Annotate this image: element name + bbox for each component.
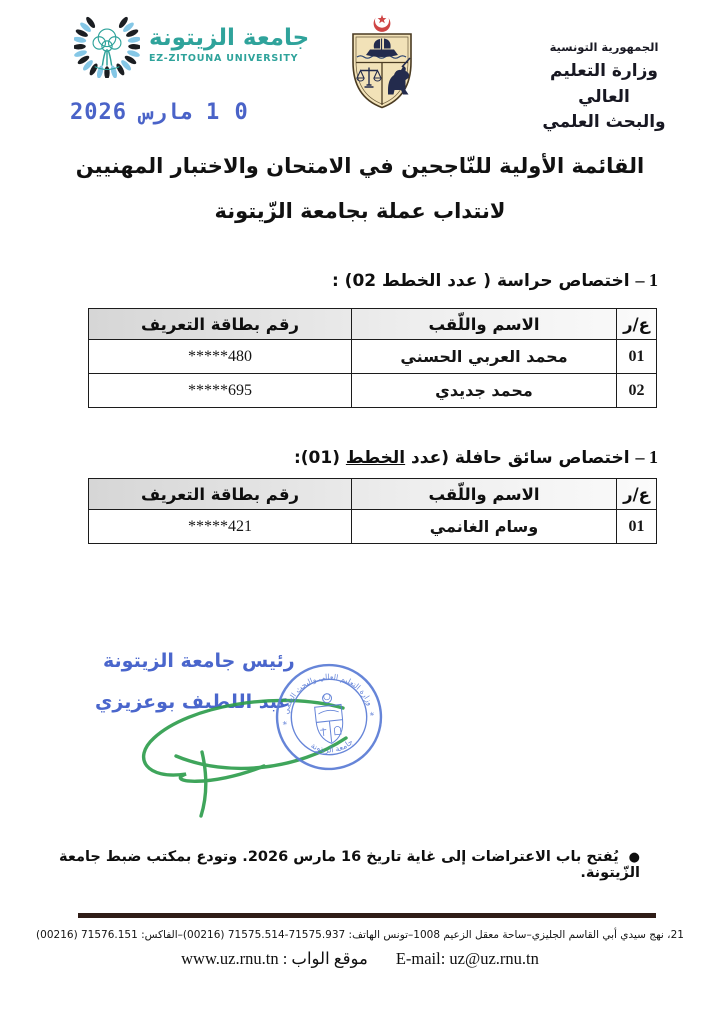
section-1-heading: 1 – اختصاص حراسة ( عدد الخطط 02) : bbox=[332, 270, 658, 291]
section-2-number: 1 – bbox=[636, 447, 659, 467]
date-stamp-year: 2026 bbox=[70, 100, 127, 125]
table-row: 01 وسام الغانمي *****421 bbox=[89, 510, 657, 544]
column-header-name: الاسم واللّقب bbox=[352, 479, 617, 510]
scanned-document-page: جامعة الزيتونة EZ-ZITOUNA UNIVERSITY الج… bbox=[0, 0, 720, 1024]
document-title-line2: لانتداب عملة بجامعة الزّيتونة bbox=[0, 189, 720, 234]
objection-note-text: يُفتح باب الاعتراضات إلى غاية تاريخ 16 م… bbox=[59, 849, 640, 881]
table-row: 02 محمد جديدي *****695 bbox=[89, 374, 657, 408]
email-link: E-mail: uz@uz.rnu.tn bbox=[396, 949, 539, 969]
ministry-label-line2: والبحث العلمي bbox=[524, 110, 684, 136]
serial-cell: 02 bbox=[617, 374, 657, 408]
section-1-title: اختصاص حراسة ( عدد الخطط 02) : bbox=[332, 271, 630, 291]
signatory-role: رئيس جامعة الزيتونة bbox=[103, 650, 295, 672]
bullet-icon: ● bbox=[629, 850, 640, 865]
official-round-stamp: وزارة التعليم العالي والبحث العلمي جامعة… bbox=[269, 657, 390, 778]
stamp-star-left-icon: * bbox=[282, 719, 288, 730]
name-cell: وسام الغانمي bbox=[352, 510, 617, 544]
serial-cell: 01 bbox=[617, 340, 657, 374]
section-2-heading: 1 – اختصاص سائق حافلة (عدد الخطط (01): bbox=[294, 447, 658, 468]
objection-note: ●يُفتح باب الاعتراضات إلى غاية تاريخ 16 … bbox=[0, 849, 640, 881]
university-logo: جامعة الزيتونة EZ-ZITOUNA UNIVERSITY bbox=[74, 12, 309, 78]
serial-cell: 01 bbox=[617, 510, 657, 544]
section-2-title-underlined: الخطط bbox=[346, 448, 405, 468]
section-2-title-part2: (01): bbox=[294, 448, 340, 468]
stamp-center-emblem-icon bbox=[313, 692, 345, 744]
date-stamp-day: 1 0 bbox=[206, 100, 249, 125]
id-cell: *****695 bbox=[89, 374, 352, 408]
column-header-name: الاسم واللّقب bbox=[352, 309, 617, 340]
footer-contact-line: موقع الواب : www.uz.rnu.tn E-mail: uz@uz… bbox=[0, 949, 720, 969]
column-header-id: رقم بطاقة التعريف bbox=[89, 479, 352, 510]
column-header-id: رقم بطاقة التعريف bbox=[89, 309, 352, 340]
name-cell: محمد جديدي bbox=[352, 374, 617, 408]
olive-wreath-tree-icon bbox=[74, 12, 140, 78]
section-2-title-part1: اختصاص سائق حافلة (عدد bbox=[411, 448, 630, 468]
table-row: 01 محمد العربي الحسني *****480 bbox=[89, 340, 657, 374]
footer-divider bbox=[78, 913, 656, 918]
government-header: الجمهورية التونسية وزارة التعليم العالي … bbox=[524, 40, 684, 136]
stamp-ring-bottom-text: جامعة الزيتونة bbox=[309, 737, 356, 757]
results-table-guarding: ع/ر الاسم واللّقب رقم بطاقة التعريف 01 م… bbox=[88, 308, 657, 408]
id-cell: *****480 bbox=[89, 340, 352, 374]
university-logo-text: جامعة الزيتونة EZ-ZITOUNA UNIVERSITY bbox=[149, 26, 309, 65]
id-cell: *****421 bbox=[89, 510, 352, 544]
document-title: القائمة الأولية للنّاجحين في الامتحان وا… bbox=[0, 144, 720, 234]
university-name-english: EZ-ZITOUNA UNIVERSITY bbox=[149, 54, 309, 64]
website-label: موقع الواب : bbox=[283, 949, 368, 968]
column-header-serial: ع/ر bbox=[617, 309, 657, 340]
results-table-bus-driver: ع/ر الاسم واللّقب رقم بطاقة التعريف 01 و… bbox=[88, 478, 657, 544]
table-header-row: ع/ر الاسم واللّقب رقم بطاقة التعريف bbox=[89, 479, 657, 510]
ministry-label-line1: وزارة التعليم العالي bbox=[524, 59, 684, 110]
date-stamp: 2026 مارس 1 0 bbox=[70, 100, 249, 125]
republic-label: الجمهورية التونسية bbox=[524, 40, 684, 54]
website-url: www.uz.rnu.tn bbox=[181, 949, 278, 968]
website-link: موقع الواب : www.uz.rnu.tn bbox=[181, 949, 368, 969]
table-header-row: ع/ر الاسم واللّقب رقم بطاقة التعريف bbox=[89, 309, 657, 340]
name-cell: محمد العربي الحسني bbox=[352, 340, 617, 374]
tunisia-coat-of-arms-icon bbox=[344, 10, 420, 114]
university-name-arabic: جامعة الزيتونة bbox=[149, 26, 309, 51]
date-stamp-month: مارس bbox=[140, 100, 193, 125]
stamp-star-right-icon: * bbox=[369, 710, 375, 721]
document-title-line1: القائمة الأولية للنّاجحين في الامتحان وا… bbox=[0, 144, 720, 189]
section-1-number: 1 – bbox=[636, 270, 659, 290]
footer-address-line: 21، نهج سيدي أبي القاسم الجليزي–ساحة معق… bbox=[30, 929, 690, 941]
column-header-serial: ع/ر bbox=[617, 479, 657, 510]
